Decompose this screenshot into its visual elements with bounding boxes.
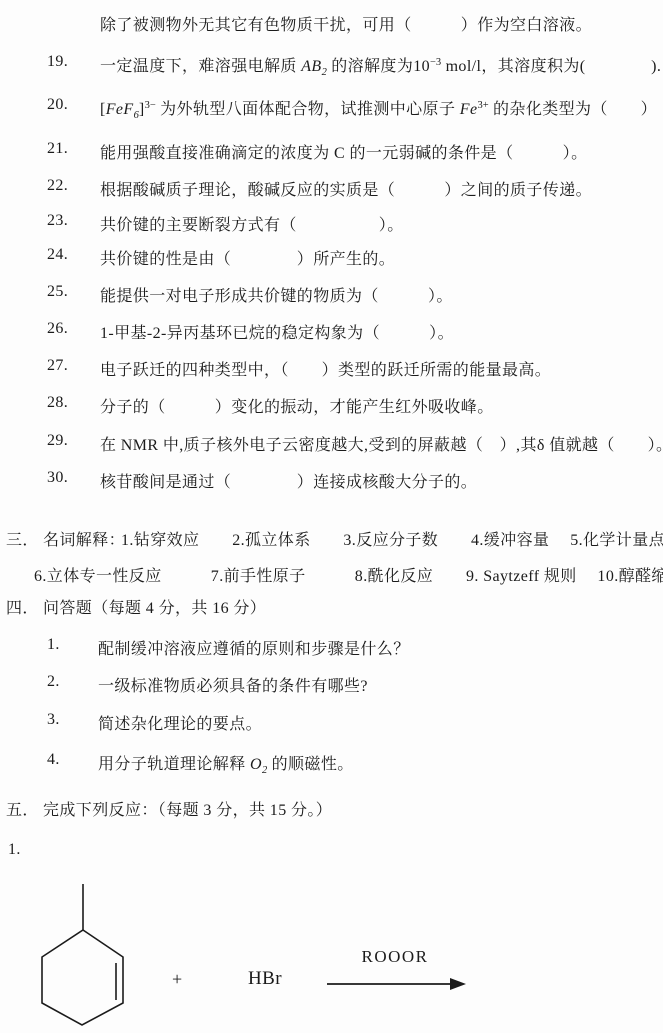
question-row-28: 28. 分子的（ ）变化的振动，才能产生红外吸收峰。 (0, 394, 663, 418)
intro-line: 除了被测物外无其它有色物质干扰，可用（ ）作为空白溶液。 (0, 12, 663, 36)
question-number: 4. (47, 751, 60, 769)
section5-item-number: 1. (8, 841, 21, 859)
section4-question-1: 1. 配制缓冲溶液应遵循的原则和步骤是什么？ (0, 636, 663, 660)
question-row-20: 20. [FeF6]3− 为外轨型八面体配合物，试推测中心原子 Fe3+ 的杂化… (0, 96, 663, 120)
section5-heading-row: 五． 完成下列反应：（每题 3 分，共 15 分。） (0, 797, 663, 821)
question-row-29: 29. 在 NMR 中,质子核外电子云密度越大,受到的屏蔽越（ ）,其δ 值就越… (0, 432, 663, 456)
question-number: 25. (47, 283, 68, 301)
question-row-25: 25. 能提供一对电子形成共价键的物质为（ ）。 (0, 283, 663, 307)
question-text: 用分子轨道理论解释 O2 的顺磁性。 (98, 751, 354, 774)
question-text: 一定温度下，难溶强电解质 AB2 的溶解度为10−3 mol/l，其溶度积为( … (100, 53, 661, 76)
question-row-21: 21. 能用强酸直接准确滴定的浓度为 C 的一元弱碱的条件是（ ）。 (0, 140, 663, 164)
section5-label: 五． (6, 797, 39, 820)
question-text: 共价键的性是由（ ）所产生的。 (100, 246, 395, 269)
question-row-22: 22. 根据酸碱质子理论，酸碱反应的实质是（ ）之间的质子传递。 (0, 177, 663, 201)
question-number: 21. (47, 140, 68, 158)
question-text: 1-甲基-2-异丙基环已烷的稳定构象为（ ）。 (100, 320, 454, 343)
question-text: 根据酸碱质子理论，酸碱反应的实质是（ ）之间的质子传递。 (100, 177, 592, 200)
section3-label: 三． (6, 527, 39, 550)
question-number: 19. (47, 53, 68, 71)
question-row-27: 27. 电子跃迁的四种类型中，（ ）类型的跃迁所需的能量最高。 (0, 357, 663, 381)
section4-question-2: 2. 一级标准物质必须具备的条件有哪些? (0, 673, 663, 697)
question-text: 分子的（ ）变化的振动，才能产生红外吸收峰。 (100, 394, 494, 417)
methylcyclohexene-structure (25, 876, 135, 1033)
question-number: 28. (47, 394, 68, 412)
question-text: 简述杂化理论的要点。 (98, 711, 262, 734)
question-number: 29. (47, 432, 68, 450)
question-text: 能用强酸直接准确滴定的浓度为 C 的一元弱碱的条件是（ ）。 (100, 140, 587, 163)
question-number: 22. (47, 177, 68, 195)
question-text: 在 NMR 中,质子核外电子云密度越大,受到的屏蔽越（ ）,其δ 值就越（ ）。 (100, 432, 663, 455)
question-row-26: 26. 1-甲基-2-异丙基环已烷的稳定构象为（ ）。 (0, 320, 663, 344)
section4-label: 四． (6, 595, 39, 618)
section5-title: 完成下列反应：（每题 3 分，共 15 分。） (43, 797, 332, 820)
question-number: 24. (47, 246, 68, 264)
question-row-23: 23. 共价键的主要断裂方式有（ ）。 (0, 212, 663, 236)
question-text: 能提供一对电子形成共价键的物质为（ ）。 (100, 283, 453, 306)
section3-terms-line2: 6.立体专一性反应 7.前手性原子 8.酰化反应 9. Saytzeff 规则 … (34, 563, 663, 586)
reaction-arrow-drawing (322, 965, 472, 995)
section4-title: 问答题（每题 4 分，共 16 分） (43, 595, 266, 618)
question-text: 配制缓冲溶液应遵循的原则和步骤是什么？ (98, 636, 410, 659)
question-text: 核苷酸间是通过（ ）连接成核酸大分子的。 (100, 469, 477, 492)
question-number: 30. (47, 469, 68, 487)
question-text: 电子跃迁的四种类型中，（ ）类型的跃迁所需的能量最高。 (100, 357, 551, 380)
section4-question-3: 3. 简述杂化理论的要点。 (0, 711, 663, 735)
question-number: 2. (47, 673, 60, 691)
question-number: 23. (47, 212, 68, 230)
question-number: 1. (47, 636, 60, 654)
question-row-19: 19. 一定温度下，难溶强电解质 AB2 的溶解度为10−3 mol/l，其溶度… (0, 53, 663, 77)
section4-heading-row: 四． 问答题（每题 4 分，共 16 分） (0, 595, 663, 619)
section3-heading-row: 三． 名词解释： 1.钻穿效应 2.孤立体系 3.反应分子数 4.缓冲容量 5.… (0, 527, 663, 551)
question-number: 26. (47, 320, 68, 338)
question-text: [FeF6]3− 为外轨型八面体配合物，试推测中心原子 Fe3+ 的杂化类型为（… (100, 96, 657, 119)
question-number: 3. (47, 711, 60, 729)
section3-terms-row2: 6.立体专一性反应 7.前手性原子 8.酰化反应 9. Saytzeff 规则 … (0, 563, 663, 587)
reaction-condition-label: ROOOR (330, 947, 460, 967)
question-text: 一级标准物质必须具备的条件有哪些? (98, 673, 368, 696)
section3-title: 名词解释： (43, 527, 125, 550)
question-row-30: 30. 核苷酸间是通过（ ）连接成核酸大分子的。 (0, 469, 663, 493)
intro-text: 除了被测物外无其它有色物质干扰，可用（ ）作为空白溶液。 (100, 12, 592, 35)
molecule-drawing (25, 876, 135, 1033)
plus-sign: + (172, 969, 183, 990)
question-text: 共价键的主要断裂方式有（ ）。 (100, 212, 404, 235)
section4-question-4: 4. 用分子轨道理论解释 O2 的顺磁性。 (0, 751, 663, 775)
reagent-hbr: HBr (248, 968, 282, 990)
reaction-arrow (322, 965, 472, 995)
question-row-24: 24. 共价键的性是由（ ）所产生的。 (0, 246, 663, 270)
section3-terms-line1: 1.钻穿效应 2.孤立体系 3.反应分子数 4.缓冲容量 5.化学计量点 (121, 527, 663, 550)
question-number: 20. (47, 96, 68, 114)
question-number: 27. (47, 357, 68, 375)
exam-page: 除了被测物外无其它有色物质干扰，可用（ ）作为空白溶液。 19. 一定温度下，难… (0, 0, 663, 1033)
